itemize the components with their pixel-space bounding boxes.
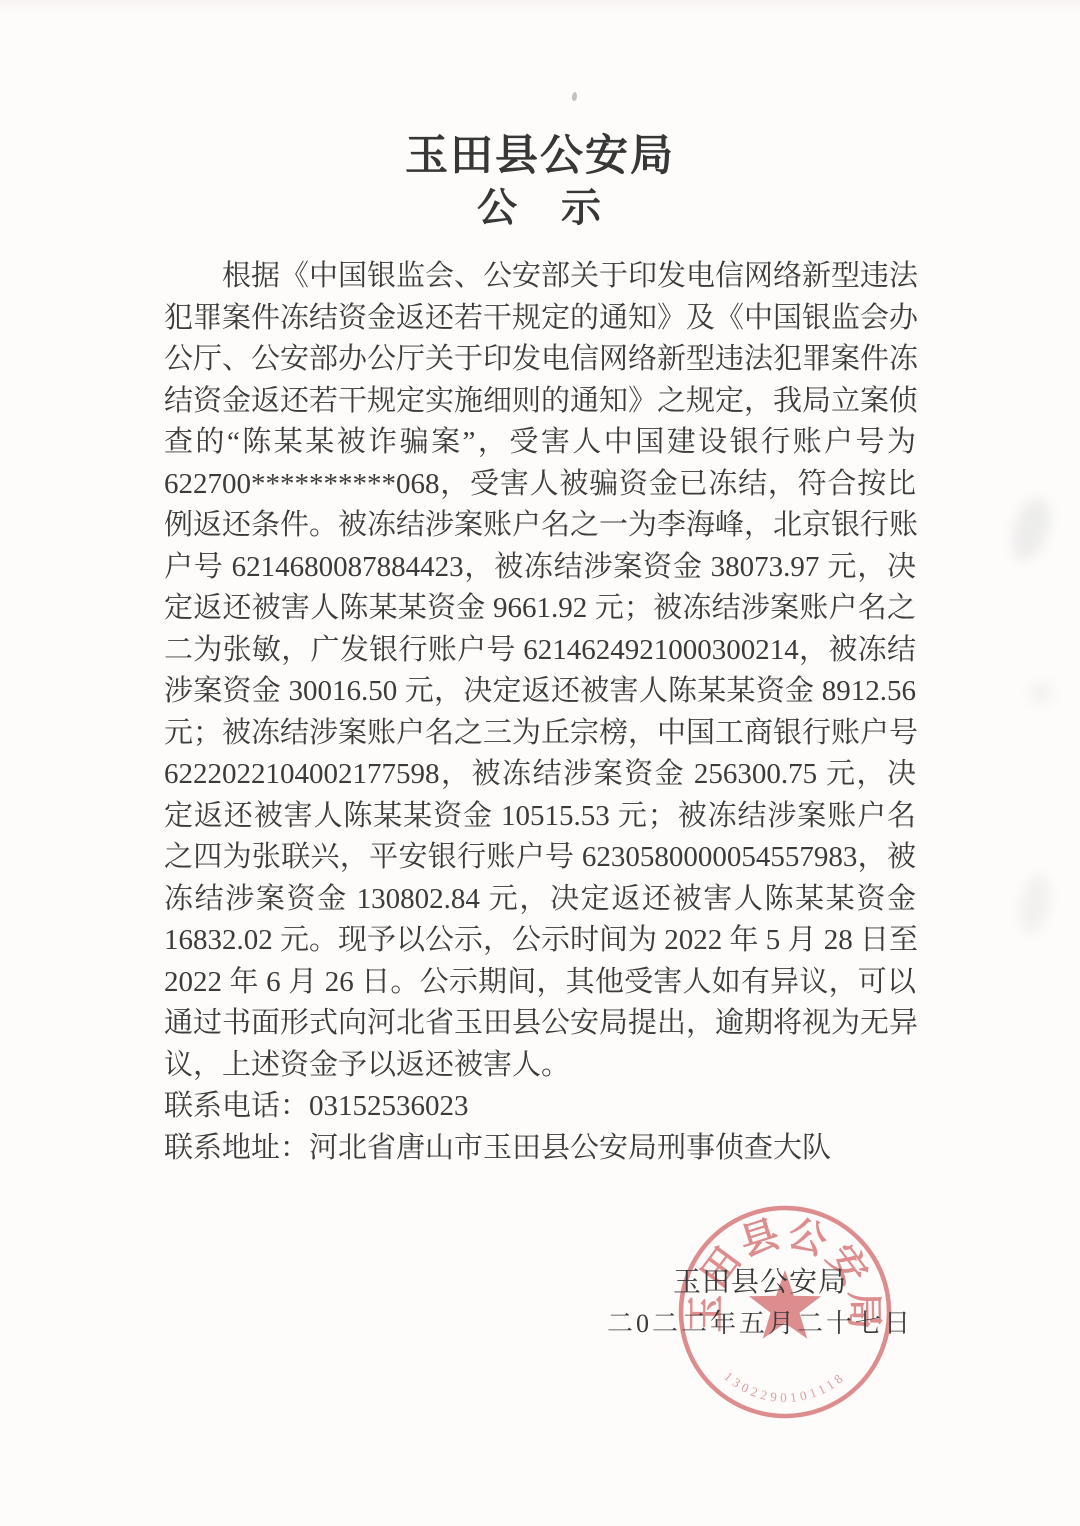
svg-text:1302290101118: 1302290101118 (721, 1369, 848, 1406)
body-line: 查的“陈某某被诈骗案”，受害人中国建设银行账户号为 (164, 422, 916, 464)
scan-smudge (1014, 872, 1056, 937)
contact-phone-line: 联系电话：03152536023 (164, 1086, 916, 1128)
scan-smudge (1028, 682, 1054, 704)
body-line: 通过书面形式向河北省玉田县公安局提出，逾期将视为无异 (164, 1003, 916, 1045)
body-line: 元；被冻结涉案账户名之三为丘宗榜，中国工商银行账户号 (164, 713, 916, 755)
body-line: 例返还条件。被冻结涉案账户名之一为李海峰，北京银行账 (164, 505, 916, 547)
scan-tint (0, 0, 1080, 14)
body-line: 犯罪案件冻结资金返还若干规定的通知》及《中国银监会办 (164, 298, 916, 340)
signature-date: 二0二二年五月二十七日 (580, 1303, 940, 1344)
body-line: 户号 6214680087884423，被冻结涉案资金 38073.97 元，决 (164, 547, 916, 589)
scan-smudge (1005, 492, 1058, 565)
scan-speck (571, 92, 577, 102)
body-line: 16832.02 元。现予以公示，公示时间为 2022 年 5 月 28 日至 (164, 920, 916, 962)
body-line: 涉案资金 30016.50 元，决定返还被害人陈某某资金 8912.56 (164, 671, 916, 713)
body-line: 二为张敏，广发银行账户号 6214624921000300214，被冻结 (164, 630, 916, 672)
body-line: 定返还被害人陈某某资金 10515.53 元；被冻结涉案账户名 (164, 796, 916, 838)
body-line: 6222022104002177598，被冻结涉案资金 256300.75 元，… (164, 754, 916, 796)
signature-name: 玉田县公安局 (580, 1262, 940, 1303)
document-title: 玉田县公安局 (0, 122, 1080, 183)
document-subtitle: 公 示 (0, 176, 1080, 233)
body-line: 根据《中国银监会、公安部关于印发电信网络新型违法 (164, 256, 916, 298)
body-line: 公厅、公安部办公厅关于印发电信网络新型违法犯罪案件冻 (164, 339, 916, 381)
body-line: 622700**********068，受害人被骗资金已冻结，符合按比 (164, 464, 916, 506)
body-line: 议，上述资金予以返还被害人。 (164, 1045, 916, 1087)
body-line: 之四为张联兴，平安银行账户号 6230580000054557983，被 (164, 837, 916, 879)
contact-address-line: 联系地址：河北省唐山市玉田县公安局刑事侦查大队 (164, 1128, 916, 1170)
contact-phone-label: 联系电话： (164, 1090, 309, 1122)
body-line: 结资金返还若干规定实施细则的通知》之规定，我局立案侦 (164, 381, 916, 423)
contact-phone-value: 03152536023 (309, 1090, 469, 1122)
contact-address-label: 联系地址： (164, 1132, 309, 1164)
signature-block: 玉田县公安局 二0二二年五月二十七日 (580, 1262, 940, 1344)
stamp-code: 1302290101118 (721, 1369, 848, 1406)
body-line: 2022 年 6 月 26 日。公示期间，其他受害人如有异议，可以 (164, 962, 916, 1004)
body-line: 冻结涉案资金 130802.84 元，决定返还被害人陈某某资金 (164, 879, 916, 921)
announcement-page: 玉田县公安局 公 示 根据《中国银监会、公安部关于印发电信网络新型违法 犯罪案件… (0, 0, 1080, 1526)
document-body: 根据《中国银监会、公安部关于印发电信网络新型违法 犯罪案件冻结资金返还若干规定的… (164, 256, 916, 1169)
contact-address-value: 河北省唐山市玉田县公安局刑事侦查大队 (309, 1132, 831, 1164)
body-line: 定返还被害人陈某某资金 9661.92 元；被冻结涉案账户名之 (164, 588, 916, 630)
